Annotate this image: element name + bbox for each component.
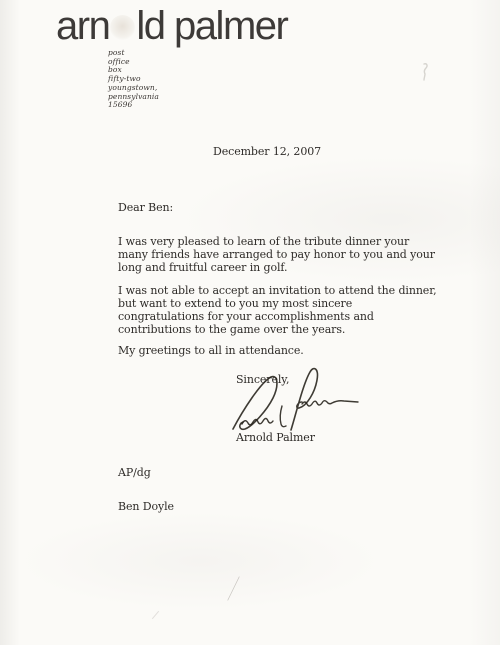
paragraph-line: long and fruitful career in golf. (118, 261, 435, 274)
paragraph-3: My greetings to all in attendance. (118, 344, 304, 357)
address-line: 15696 (108, 101, 159, 110)
pencil-mark (420, 63, 430, 81)
letter-page: arnld palmer post office box fifty-two y… (0, 0, 500, 645)
letterhead-address: post office box fifty-two youngstown, pe… (108, 49, 159, 110)
date-line: December 12, 2007 (213, 145, 321, 158)
paragraph-line: I was very pleased to learn of the tribu… (118, 235, 435, 248)
paragraph-line: congratulations for your accomplishments… (118, 310, 437, 323)
paper-crease (227, 576, 240, 601)
paragraph-1: I was very pleased to learn of the tribu… (118, 235, 435, 274)
letterhead-logo: arnld palmer (56, 4, 287, 48)
closing: Sincerely, (236, 373, 289, 386)
typed-name: Arnold Palmer (236, 431, 315, 444)
reference-initials: AP/dg (118, 466, 151, 479)
paragraph-line: I was not able to accept an invitation t… (118, 284, 437, 297)
paragraph-line: contributions to the game over the years… (118, 323, 437, 336)
recipient-name: Ben Doyle (118, 500, 174, 513)
salutation: Dear Ben: (118, 201, 173, 214)
paper-crease (152, 611, 159, 619)
paragraph-2: I was not able to accept an invitation t… (118, 284, 437, 336)
umbrella-icon (110, 15, 135, 40)
paragraph-line: many friends have arranged to pay honor … (118, 248, 435, 261)
logo-text-left: arn (56, 4, 109, 48)
paragraph-line: but want to extend to you my most sincer… (118, 297, 437, 310)
logo-text-right: ld palmer (136, 4, 287, 48)
